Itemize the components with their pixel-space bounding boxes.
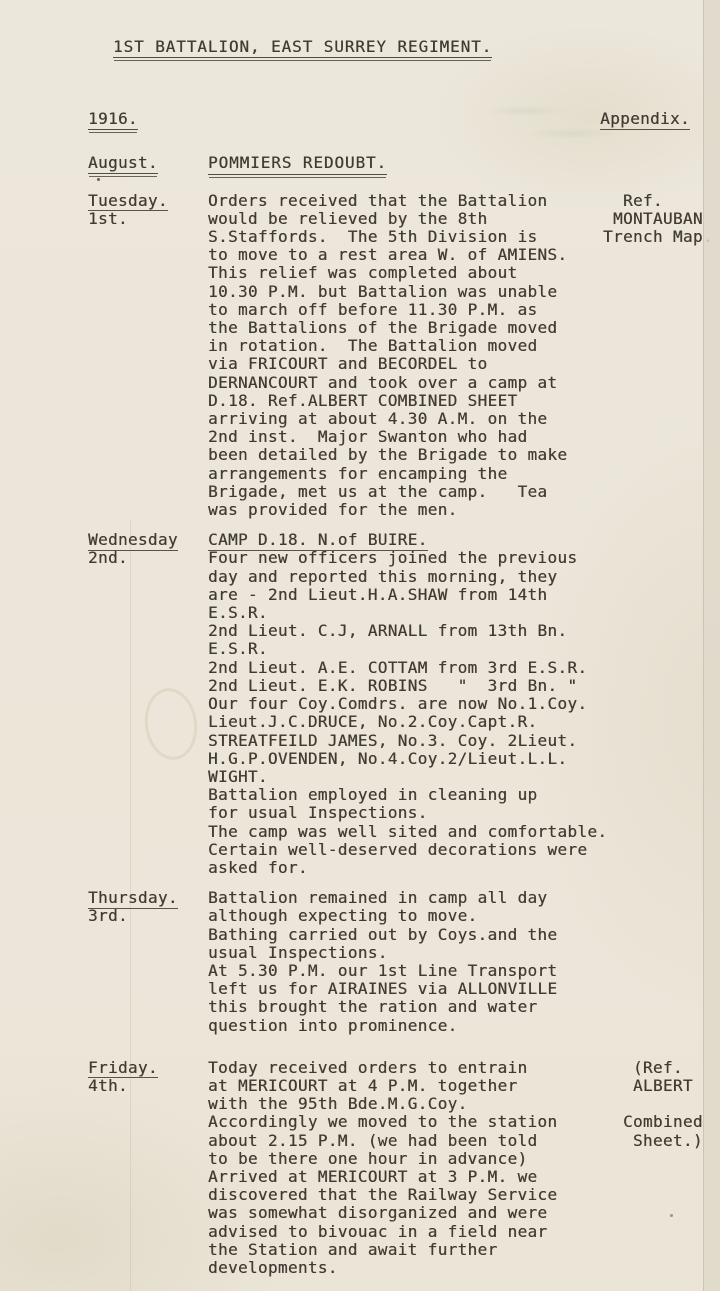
body-line: Four new officers joined the previous <box>208 549 603 567</box>
month-row: August. POMMIERS REDOUBT. <box>88 154 720 174</box>
paper-fold-line <box>130 520 131 1291</box>
body-line: advised to bivouac in a field near <box>208 1223 603 1241</box>
body-line: S.Staffords. The 5th Division is <box>208 228 603 246</box>
body-line: Today received orders to entrain <box>208 1059 603 1077</box>
body-line: left us for AIRAINES via ALLONVILLE <box>208 980 603 998</box>
body-line: Accordingly we moved to the station <box>208 1113 603 1131</box>
body-line: was somewhat disorganized and were <box>208 1204 603 1222</box>
year-label: 1916. <box>88 110 138 130</box>
place-heading: POMMIERS REDOUBT. <box>208 154 387 174</box>
entry-date-label: 4th. <box>88 1077 208 1095</box>
header-row: 1ST BATTALION, EAST SURREY REGIMENT. <box>113 38 720 58</box>
body-line: At 5.30 P.M. our 1st Line Transport <box>208 962 603 980</box>
show-through-smudge <box>480 96 630 146</box>
body-line: Our four Coy.Comdrs. are now No.1.Coy. <box>208 695 603 713</box>
entry-date-label: 2nd. <box>88 549 208 567</box>
entry-label-column: Tuesday.1st. <box>88 192 208 520</box>
entry-day-label: Tuesday. <box>88 192 208 210</box>
entry-body-column: CAMP D.18. N.of BUIRE.Four new officers … <box>208 531 603 877</box>
body-line: arriving at about 4.30 A.M. on the <box>208 410 603 428</box>
body-line: 10.30 P.M. but Battalion was unable <box>208 283 603 301</box>
body-line: DERNANCOURT and took over a camp at <box>208 374 603 392</box>
body-line: via FRICOURT and BECORDEL to <box>208 355 603 373</box>
body-line: WIGHT. <box>208 768 603 786</box>
entry-body-column: Battalion remained in camp all dayalthou… <box>208 889 603 1035</box>
body-line: to be there one hour in advance) <box>208 1150 603 1168</box>
entry-body-column: Orders received that the Battalionwould … <box>208 192 603 520</box>
entry-date-label: 3rd. <box>88 907 208 925</box>
body-line: E.S.R. <box>208 604 603 622</box>
body-line: 2nd inst. Major Swanton who had <box>208 428 603 446</box>
body-line: to move to a rest area W. of AMIENS. <box>208 246 603 264</box>
body-line: Lieut.J.C.DRUCE, No.2.Coy.Capt.R. <box>208 713 603 731</box>
body-line: about 2.15 P.M. (we had been told <box>208 1132 603 1150</box>
entry-day-label: Friday. <box>88 1059 208 1077</box>
entry-day-label: Wednesday <box>88 531 208 549</box>
body-line: to march off before 11.30 P.M. as <box>208 301 603 319</box>
scanned-page-edge <box>703 0 720 1291</box>
body-line: Bathing carried out by Coys.and the <box>208 926 603 944</box>
ink-speck <box>97 178 100 181</box>
body-line: with the 95th Bde.M.G.Coy. <box>208 1095 603 1113</box>
body-line: 2nd Lieut. E.K. ROBINS " 3rd Bn. " <box>208 677 603 695</box>
entry-body-column: Today received orders to entrainat MERIC… <box>208 1059 603 1277</box>
body-line: Orders received that the Battalion <box>208 192 603 210</box>
month-label: August. <box>88 153 158 174</box>
entry-label-column: Thursday.3rd. <box>88 889 208 1035</box>
body-line: Battalion employed in cleaning up <box>208 786 603 804</box>
body-line: at MERICOURT at 4 P.M. together <box>208 1077 603 1095</box>
entry-label-column: Friday.4th. <box>88 1059 208 1277</box>
body-line: 2nd Lieut. C.J, ARNALL from 13th Bn. <box>208 622 603 640</box>
page-title: 1ST BATTALION, EAST SURREY REGIMENT. <box>113 38 492 58</box>
body-line: Brigade, met us at the camp. Tea <box>208 483 603 501</box>
diary-page: 1ST BATTALION, EAST SURREY REGIMENT. 191… <box>0 0 720 1291</box>
entry-date-label: 1st. <box>88 210 208 228</box>
body-line: this brought the ration and water <box>208 998 603 1016</box>
body-line: H.G.P.OVENDEN, No.4.Coy.2/Lieut.L.L. <box>208 750 603 768</box>
body-line: Battalion remained in camp all day <box>208 889 603 907</box>
entry-day-label: Thursday. <box>88 889 208 907</box>
body-line: the Battalions of the Brigade moved <box>208 319 603 337</box>
body-line: in rotation. The Battalion moved <box>208 337 603 355</box>
body-line: This relief was completed about <box>208 264 603 282</box>
body-line: although expecting to move. <box>208 907 603 925</box>
body-line: the Station and await further <box>208 1241 603 1259</box>
body-line: been detailed by the Brigade to make <box>208 446 603 464</box>
body-line: would be relieved by the 8th <box>208 210 603 228</box>
body-line: for usual Inspections. <box>208 804 603 822</box>
body-line: question into prominence. <box>208 1017 603 1035</box>
body-line: The camp was well sited and comfortable. <box>208 823 603 841</box>
body-line: asked for. <box>208 859 603 877</box>
body-line: 2nd Lieut. A.E. COTTAM from 3rd E.S.R. <box>208 659 603 677</box>
body-line: E.S.R. <box>208 640 603 658</box>
diary-entry: Friday.4th.Today received orders to entr… <box>88 1059 720 1277</box>
body-line: arrangements for encamping the <box>208 465 603 483</box>
ink-speck <box>670 1214 673 1217</box>
body-line: STREATFEILD JAMES, No.3. Coy. 2Lieut. <box>208 732 603 750</box>
body-line: developments. <box>208 1259 603 1277</box>
body-line: usual Inspections. <box>208 944 603 962</box>
body-line: discovered that the Railway Service <box>208 1186 603 1204</box>
diary-entry: Tuesday.1st.Orders received that the Bat… <box>88 192 720 520</box>
body-line: Arrived at MERICOURT at 3 P.M. we <box>208 1168 603 1186</box>
body-line: was provided for the men. <box>208 501 603 519</box>
body-line: are - 2nd Lieut.H.A.SHAW from 14th <box>208 586 603 604</box>
body-line: D.18. Ref.ALBERT COMBINED SHEET <box>208 392 603 410</box>
entry-heading: CAMP D.18. N.of BUIRE. <box>208 531 603 549</box>
body-line: day and reported this morning, they <box>208 568 603 586</box>
body-line: Certain well-deserved decorations were <box>208 841 603 859</box>
diary-entry: Thursday.3rd.Battalion remained in camp … <box>88 889 720 1035</box>
